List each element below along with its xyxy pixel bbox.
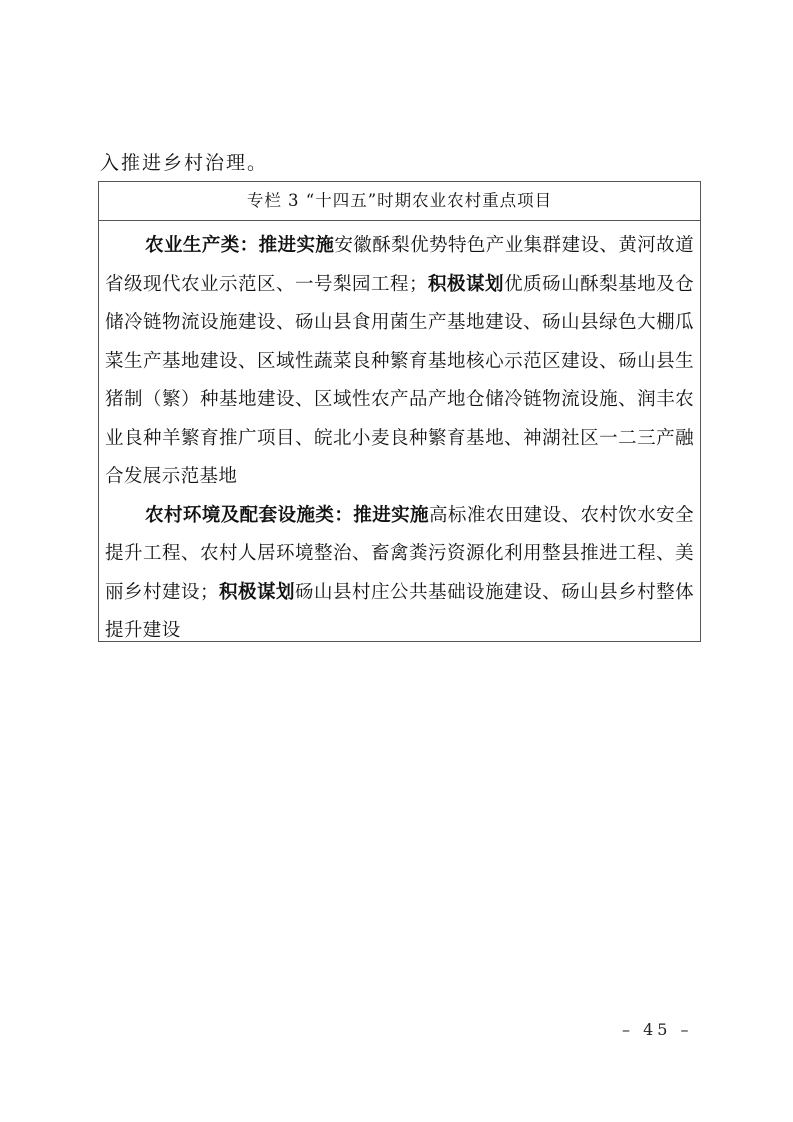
action-label: 推进实施 [353, 505, 429, 526]
feature-box: 专栏 3 “十四五”时期农业农村重点项目 农业生产类：推进实施安徽酥梨优势特色产… [98, 181, 701, 642]
box-title: 专栏 3 “十四五”时期农业农村重点项目 [99, 182, 700, 221]
action-label: 积极谋划 [428, 274, 504, 295]
action-text: 优质砀山酥梨基地及仓储冷链物流设施建设、砀山县食用菌生产基地建设、砀山县绿色大棚… [105, 274, 694, 488]
page-number: – 45 – [622, 1020, 693, 1039]
box-body: 农业生产类：推进实施安徽酥梨优势特色产业集群建设、黄河故道省级现代农业示范区、一… [99, 221, 700, 651]
section-agri-production: 农业生产类：推进实施安徽酥梨优势特色产业集群建设、黄河故道省级现代农业示范区、一… [105, 227, 694, 497]
section-category: 农业生产类： [145, 235, 259, 256]
section-category: 农村环境及配套设施类： [145, 505, 353, 526]
action-label: 推进实施 [259, 235, 335, 256]
section-rural-environment: 农村环境及配套设施类：推进实施高标准农田建设、农村饮水安全提升工程、农村人居环境… [105, 497, 694, 651]
action-label: 积极谋划 [219, 582, 295, 603]
lead-paragraph-end: 入推进乡村治理。 [100, 150, 268, 176]
